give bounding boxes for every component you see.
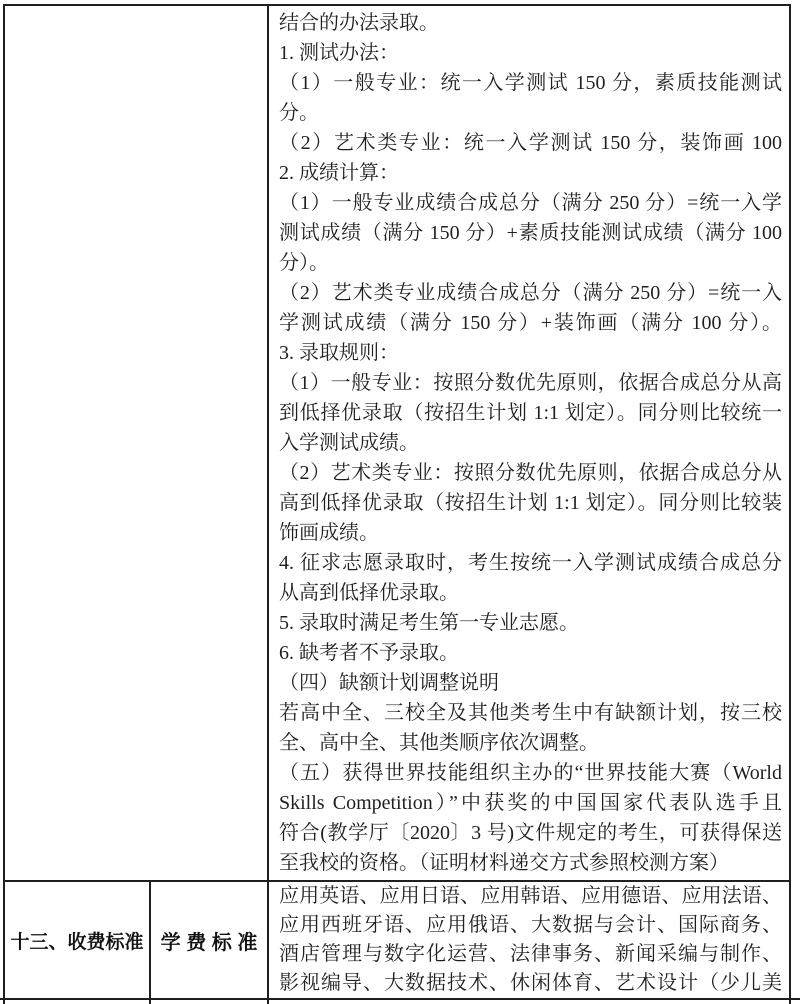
text-line: Skills Competition）”中获奖的中国国家代表队选手且 (279, 788, 782, 818)
text-line: （五）获得世界技能组织主办的“世界技能大赛（World (279, 758, 782, 788)
document-page: 结合的办法录取。 1. 测试办法： （1）一般专业：统一入学测试 150 分，素… (0, 0, 800, 1004)
text-line: （四）缺额计划调整说明 (279, 668, 782, 698)
text-line: 分。 (279, 98, 782, 128)
text-line: 应用英语、应用日语、应用韩语、应用德语、应用法语、 (279, 882, 782, 911)
text-line: 4. 征求志愿录取时，考生按统一入学测试成绩合成总分 (279, 548, 782, 578)
text-line: 3. 录取规则： (279, 338, 782, 368)
text-line: 至我校的资格。（证明材料递交方式参照校测方案） (279, 848, 782, 878)
text-line: 分）。 (279, 248, 782, 278)
text-line: 酒店管理与数字化运营、法律事务、新闻采编与制作、 (279, 940, 782, 969)
text-line: 结合的办法录取。 (279, 8, 782, 38)
text-line: 到低择优录取（按招生计划 1:1 划定）。同分则比较统一 (279, 398, 782, 428)
text-line: （1）一般专业：统一入学测试 150 分，素质技能测试 100 (279, 68, 782, 98)
text-line: 2. 成绩计算： (279, 158, 782, 188)
text-line: 若高中全、三校全及其他类考生中有缺额计划，按三校 (279, 698, 782, 728)
tuition-standard-label: 学 费 标 准 (151, 882, 267, 998)
tuition-majors-cell: 应用英语、应用日语、应用韩语、应用德语、应用法语、 应用西班牙语、应用俄语、大数… (279, 882, 782, 998)
text-line: 1. 测试办法： (279, 38, 782, 68)
text-line: （1）一般专业成绩合成总分（满分 250 分）=统一入学 (279, 188, 782, 218)
table-column-divider (267, 4, 269, 1004)
table-border-bottom (0, 998, 800, 1000)
text-line: 学测试成绩（满分 150 分）+装饰画（满分 100 分）。 (279, 308, 782, 338)
text-line: （2）艺术类专业：按照分数优先原则，依据合成总分从 (279, 458, 782, 488)
text-line: 符合(教学厅〔2020〕3 号)文件规定的考生，可获得保送 (279, 818, 782, 848)
text-line: 从高到低择优录取。 (279, 578, 782, 608)
text-line: 饰画成绩。 (279, 518, 782, 548)
text-line: 应用西班牙语、应用俄语、大数据与会计、国际商务、 (279, 911, 782, 940)
text-line: 6. 缺考者不予录取。 (279, 638, 782, 668)
text-line: 入学测试成绩。 (279, 428, 782, 458)
text-line: 影视编导、大数据技术、休闲体育、艺术设计（少儿美 (279, 969, 782, 998)
text-line: （2）艺术类专业：统一入学测试 150 分，装饰画 100 分。 (279, 128, 782, 158)
admission-row-left-cell (5, 6, 267, 880)
text-line: 全、高中全、其他类顺序依次调整。 (279, 728, 782, 758)
text-line: 测试成绩（满分 150 分）+素质技能测试成绩（满分 100 (279, 218, 782, 248)
text-line: 5. 录取时满足考生第一专业志愿。 (279, 608, 782, 638)
table-border-right (789, 4, 791, 1004)
fee-standard-section-label: 十三、收费标准 (5, 882, 149, 998)
admission-criteria-cell: 结合的办法录取。 1. 测试办法： （1）一般专业：统一入学测试 150 分，素… (279, 8, 782, 878)
text-line: 高到低择优录取（按招生计划 1:1 划定）。同分则比较装 (279, 488, 782, 518)
text-line: （2）艺术类专业成绩合成总分（满分 250 分）=统一入 (279, 278, 782, 308)
text-line: （1）一般专业：按照分数优先原则，依据合成总分从高 (279, 368, 782, 398)
